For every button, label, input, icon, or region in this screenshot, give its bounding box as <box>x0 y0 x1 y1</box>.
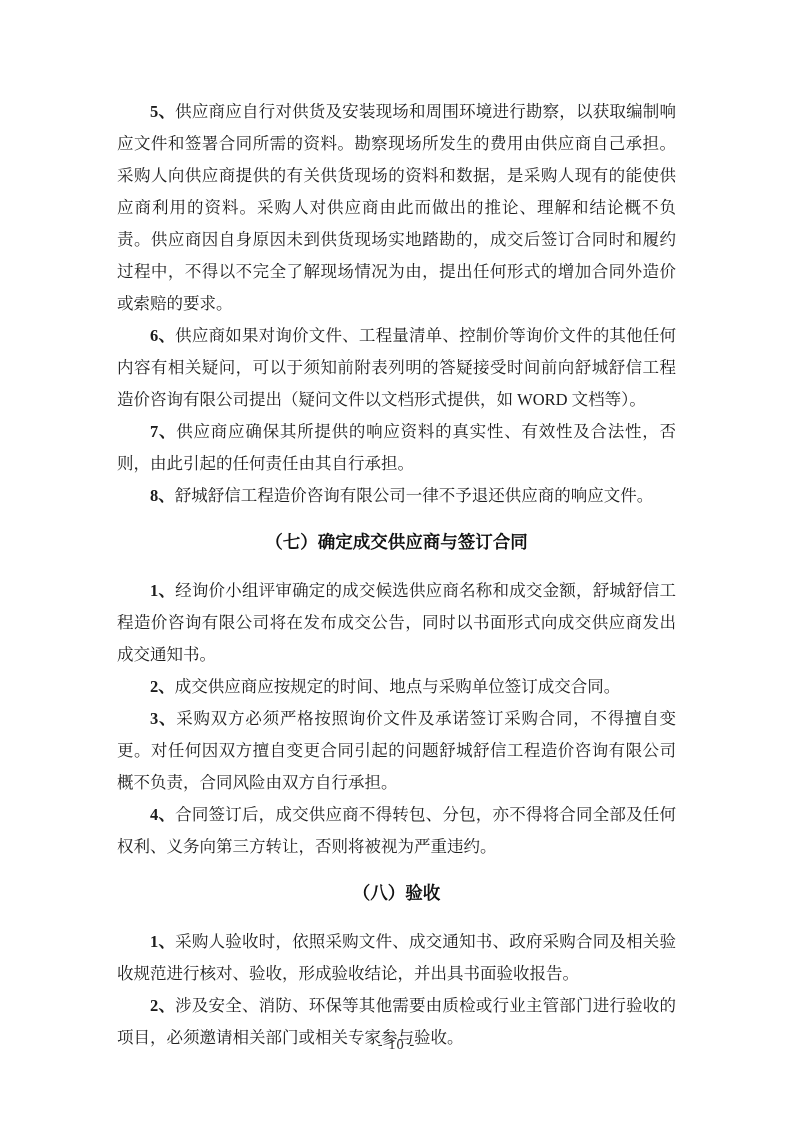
paragraph-number: 1、 <box>150 581 175 600</box>
paragraph-number: 1、 <box>150 932 175 951</box>
paragraph-number: 2、 <box>150 677 175 696</box>
document-page: 5、供应商应自行对供货及安装现场和周围环境进行勘察，以获取编制响应文件和签署合同… <box>0 0 793 1122</box>
paragraph-text: 供应商如果对询价文件、工程量清单、控制价等询价文件的其他任何内容有相关疑问，可以… <box>117 326 676 409</box>
paragraph-text: 采购人验收时，依照采购文件、成交通知书、政府采购合同及相关验收规范进行核对、验收… <box>117 932 676 983</box>
paragraph-text: 舒城舒信工程造价咨询有限公司一律不予退还供应商的响应文件。 <box>175 486 654 505</box>
paragraph-number: 4、 <box>150 805 175 824</box>
section-heading: （七）确定成交供应商与签订合同 <box>117 526 676 558</box>
section-heading: （八）验收 <box>117 877 676 909</box>
paragraph: 1、采购人验收时，依照采购文件、成交通知书、政府采购合同及相关验收规范进行核对、… <box>117 926 676 990</box>
paragraph-number: 2、 <box>150 996 175 1015</box>
paragraph: 7、供应商应确保其所提供的响应资料的真实性、有效性及合法性，否则，由此引起的任何… <box>117 416 676 480</box>
paragraph: 8、舒城舒信工程造价咨询有限公司一律不予退还供应商的响应文件。 <box>117 480 676 512</box>
paragraph-text: 供应商应自行对供货及安装现场和周围环境进行勘察，以获取编制响应文件和签署合同所需… <box>117 102 676 313</box>
paragraph: 2、成交供应商应按规定的时间、地点与采购单位签订成交合同。 <box>117 671 676 703</box>
paragraph-number: 5、 <box>150 102 175 121</box>
page-number: - 10 - <box>0 1037 793 1054</box>
paragraph-text: 经询价小组评审确定的成交候选供应商名称和成交金额，舒城舒信工程造价咨询有限公司将… <box>117 581 676 664</box>
document-body: 5、供应商应自行对供货及安装现场和周围环境进行勘察，以获取编制响应文件和签署合同… <box>117 96 676 1054</box>
paragraph-number: 3、 <box>150 709 176 728</box>
paragraph: 1、经询价小组评审确定的成交候选供应商名称和成交金额，舒城舒信工程造价咨询有限公… <box>117 575 676 671</box>
paragraph: 6、供应商如果对询价文件、工程量清单、控制价等询价文件的其他任何内容有相关疑问，… <box>117 320 676 416</box>
paragraph-text: 合同签订后，成交供应商不得转包、分包，亦不得将合同全部及任何权利、义务向第三方转… <box>117 805 676 856</box>
paragraph-number: 8、 <box>150 486 175 505</box>
paragraph: 5、供应商应自行对供货及安装现场和周围环境进行勘察，以获取编制响应文件和签署合同… <box>117 96 676 320</box>
paragraph-text: 成交供应商应按规定的时间、地点与采购单位签订成交合同。 <box>175 677 621 696</box>
paragraph-text: 供应商应确保其所提供的响应资料的真实性、有效性及合法性，否则，由此引起的任何责任… <box>117 422 676 473</box>
paragraph: 3、采购双方必须严格按照询价文件及承诺签订采购合同，不得擅自变更。对任何因双方擅… <box>117 703 676 799</box>
paragraph-text: 采购双方必须严格按照询价文件及承诺签订采购合同，不得擅自变更。对任何因双方擅自变… <box>117 709 676 792</box>
paragraph-number: 6、 <box>150 326 175 345</box>
paragraph-number: 7、 <box>150 422 176 441</box>
paragraph: 4、合同签订后，成交供应商不得转包、分包，亦不得将合同全部及任何权利、义务向第三… <box>117 799 676 863</box>
